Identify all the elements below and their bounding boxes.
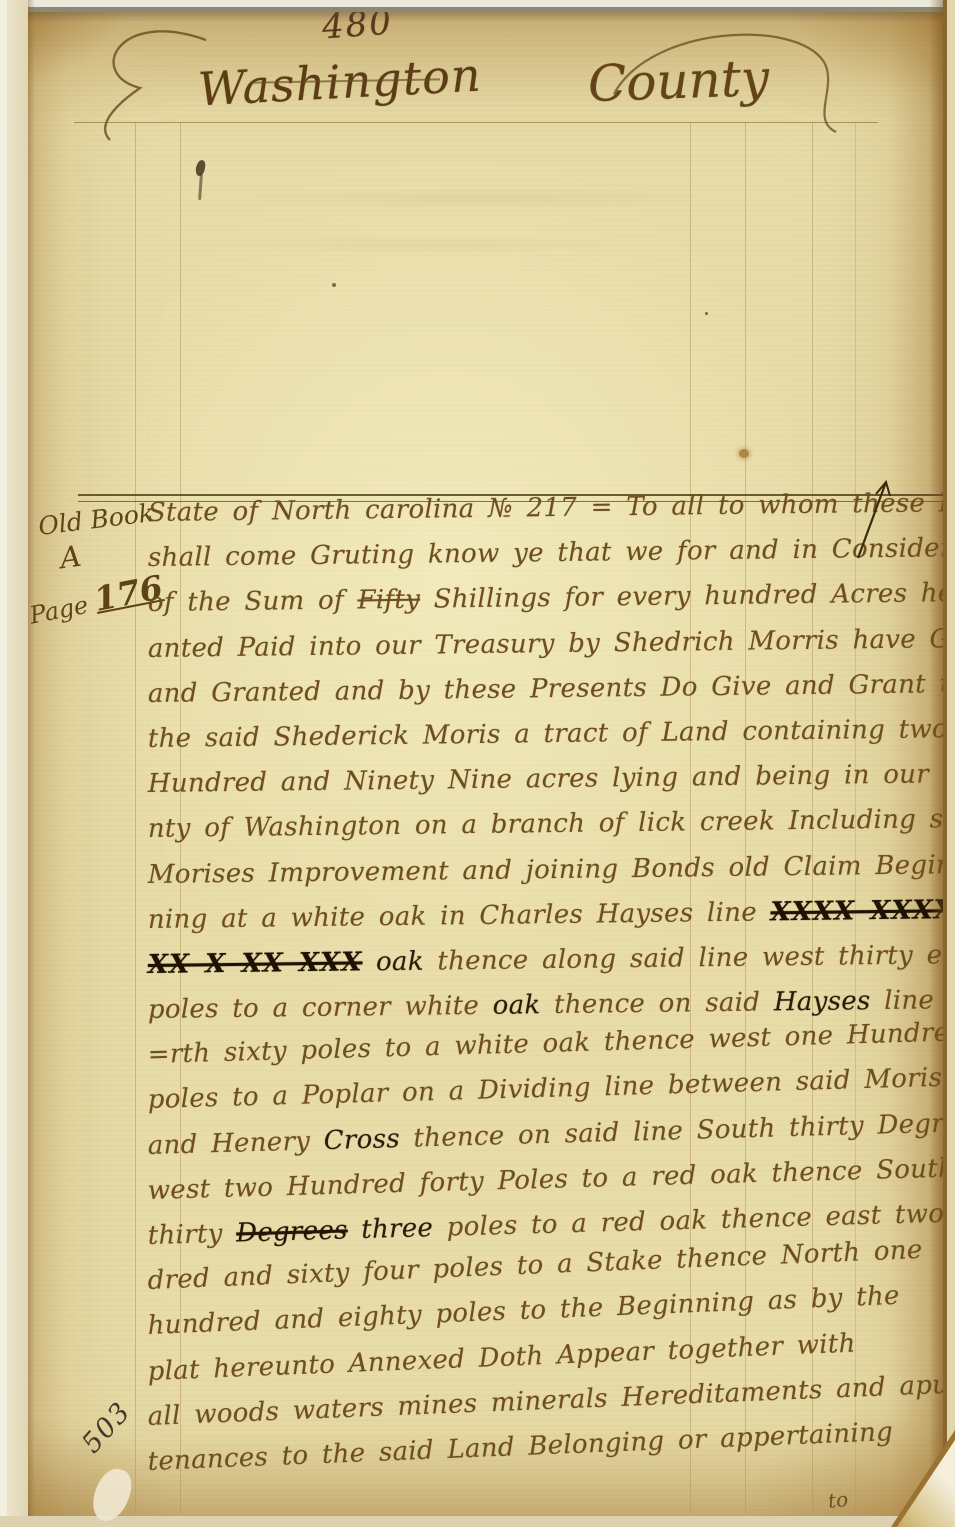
page-left-edge <box>7 0 28 1527</box>
text-segment: three <box>347 1213 433 1245</box>
text-segment: Fifty <box>357 585 420 616</box>
scan-top-edge <box>0 0 955 7</box>
text-segment: oak <box>493 990 541 1021</box>
county-title-unit: County <box>587 49 770 113</box>
ink-speck <box>705 312 708 315</box>
page-right-edge <box>947 0 955 1527</box>
page-left-crease <box>28 0 35 1527</box>
page-right-edge-shadow <box>929 0 943 1527</box>
text-segment: XXXX XXXXXX <box>770 894 955 927</box>
text-segment: poles to a corner white <box>148 991 493 1025</box>
text-segment: Degrees <box>236 1215 348 1248</box>
margin-note-book-letter: A <box>58 539 83 576</box>
text-segment: XX X XX XXX <box>148 947 363 980</box>
text-segment: and Henery <box>147 1126 324 1161</box>
text-segment: Shillings for every hundred Acres hereby… <box>420 577 955 615</box>
text-segment: Hayses <box>774 986 871 1017</box>
paper-stain <box>739 449 749 458</box>
scan-top-edge-shadow <box>0 12 955 22</box>
text-segment: oak <box>362 947 424 978</box>
text-segment: of the Sum of <box>148 586 358 619</box>
ink-speck <box>332 283 336 287</box>
header-rule <box>74 122 878 123</box>
text-segment: thence on said <box>540 987 774 1020</box>
manuscript-lines: State of North carolina № 217 = To all t… <box>148 498 948 1492</box>
page-left-edge <box>0 0 7 1527</box>
text-segment: thence along said line west thirty eight <box>424 940 955 977</box>
page-bottom-edge <box>0 1516 955 1527</box>
ledger-vertical-rule <box>135 122 136 1514</box>
text-segment: thirty <box>147 1219 236 1251</box>
catchword: to <box>827 1487 849 1513</box>
text-segment: Cross <box>323 1124 400 1156</box>
ledger-page-scan: 480 Washington County Old Book A Page 17… <box>0 0 955 1527</box>
